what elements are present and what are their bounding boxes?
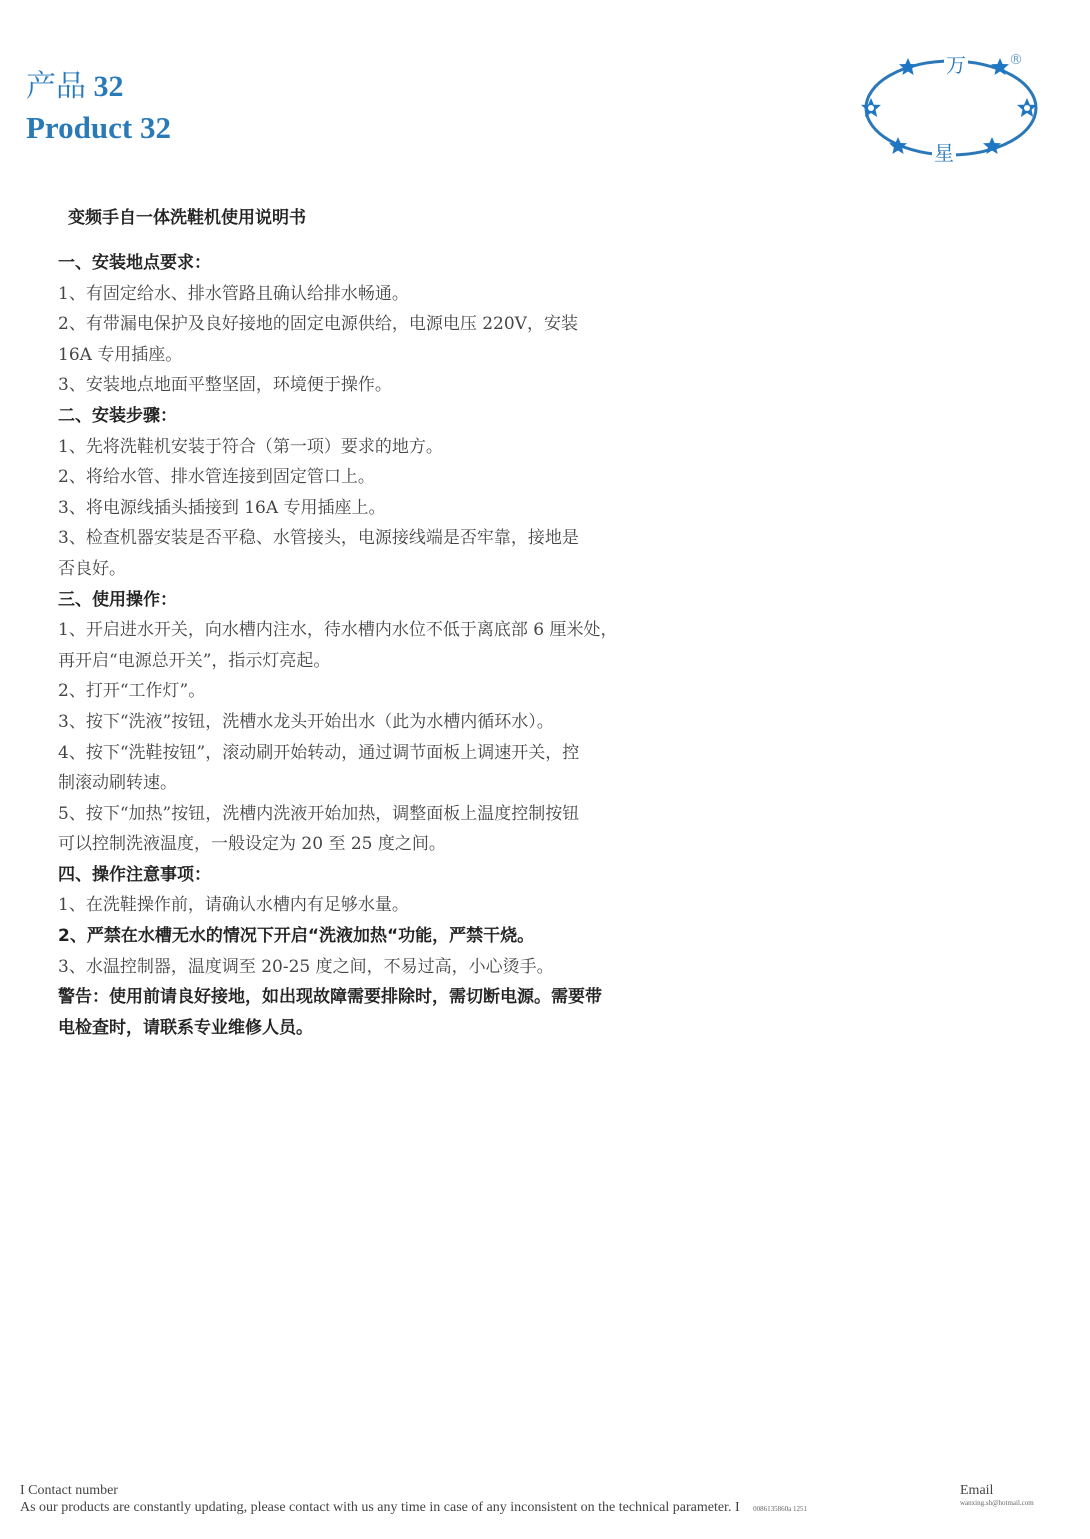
instruction-line: 1、先将洗鞋机安装于符合（第一项）要求的地方。 xyxy=(58,432,718,463)
footer-notice: As our products are constantly updating,… xyxy=(20,1499,807,1518)
instruction-line: 再开启“电源总开关”，指示灯亮起。 xyxy=(58,646,718,677)
wanxing-logo-icon: 万 星 ® xyxy=(856,42,1046,172)
contact-phone: 0086135860a 1251 xyxy=(753,1505,807,1513)
section-heading: 四、操作注意事项： xyxy=(58,860,718,891)
instruction-line: 5、按下“加热”按钮，洗槽内洗液开始加热，调整面板上温度控制按钮 xyxy=(58,799,718,830)
brand-logo: 万 星 ® xyxy=(856,42,1046,172)
contact-number-label: I Contact number xyxy=(20,1482,807,1499)
section-heading: 三、使用操作： xyxy=(58,585,718,616)
instruction-line: 制滚动刷转速。 xyxy=(58,768,718,799)
svg-text:®: ® xyxy=(1009,52,1023,68)
instruction-line: 可以控制洗液温度，一般设定为 20 至 25 度之间。 xyxy=(58,829,718,860)
svg-text:万: 万 xyxy=(946,53,966,77)
instruction-line: 1、有固定给水、排水管路且确认给排水畅通。 xyxy=(58,279,718,310)
instruction-line: 2、有带漏电保护及良好接地的固定电源供给，电源电压 220V，安装 xyxy=(58,309,718,340)
instruction-line: 3、安装地点地面平整坚固，环境便于操作。 xyxy=(58,370,718,401)
instruction-line: 3、将电源线插头插接到 16A 专用插座上。 xyxy=(58,493,718,524)
instruction-line: 3、检查机器安装是否平稳、水管接头，电源接线端是否牢靠，接地是 xyxy=(58,523,718,554)
footer-notice-text: As our products are constantly updating,… xyxy=(20,1500,740,1515)
page-header: 产品 32 Product 32 xyxy=(26,66,171,148)
document-title: 变频手自一体洗鞋机使用说明书 xyxy=(68,200,718,236)
product-title-zh: 产品 32 xyxy=(26,66,171,108)
section-heading: 二、安装步骤： xyxy=(58,401,718,432)
svg-text:星: 星 xyxy=(934,141,954,165)
product-number: 32 xyxy=(94,70,124,103)
warning-line: 电检查时，请联系专业维修人员。 xyxy=(58,1013,718,1044)
footer: I Contact number As our products are con… xyxy=(20,1482,807,1518)
document-body: 一、安装地点要求：1、有固定给水、排水管路且确认给排水畅通。2、有带漏电保护及良… xyxy=(58,248,718,1043)
product-title-zh-prefix: 产品 xyxy=(26,69,86,104)
section-heading: 一、安装地点要求： xyxy=(58,248,718,279)
instruction-line: 2、打开“工作灯”。 xyxy=(58,676,718,707)
instruction-line: 1、在洗鞋操作前，请确认水槽内有足够水量。 xyxy=(58,890,718,921)
warning-line: 警告：使用前请良好接地，如出现故障需要排除时，需切断电源。需要带 xyxy=(58,982,718,1013)
instruction-line: 2、将给水管、排水管连接到固定管口上。 xyxy=(58,462,718,493)
email-label: Email xyxy=(960,1482,1034,1499)
instruction-line: 3、水温控制器，温度调至 20-25 度之间，不易过高，小心烫手。 xyxy=(58,952,718,983)
instruction-line: 否良好。 xyxy=(58,554,718,585)
warning-line: 2、严禁在水槽无水的情况下开启“洗液加热“功能，严禁干烧。 xyxy=(58,921,718,952)
instruction-line: 3、按下“洗液”按钮，洗槽水龙头开始出水（此为水槽内循环水）。 xyxy=(58,707,718,738)
email-address: wanxing.sh@hotmail.com xyxy=(960,1499,1034,1507)
instruction-line: 1、开启进水开关，向水槽内注水，待水槽内水位不低于离底部 6 厘米处， xyxy=(58,615,718,646)
instruction-document: 变频手自一体洗鞋机使用说明书 一、安装地点要求：1、有固定给水、排水管路且确认给… xyxy=(58,200,718,1043)
product-title-en: Product 32 xyxy=(26,108,171,148)
footer-email: Email wanxing.sh@hotmail.com xyxy=(960,1482,1034,1507)
instruction-line: 16A 专用插座。 xyxy=(58,340,718,371)
instruction-line: 4、按下“洗鞋按钮”，滚动刷开始转动，通过调节面板上调速开关，控 xyxy=(58,738,718,769)
